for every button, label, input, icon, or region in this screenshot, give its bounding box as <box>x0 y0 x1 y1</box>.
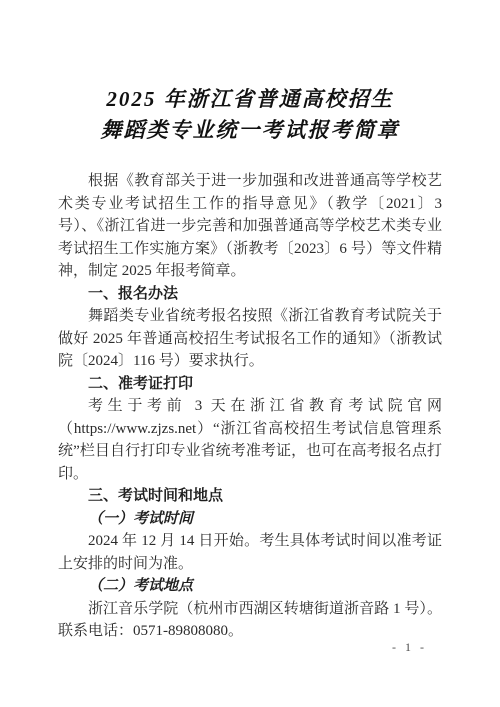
exam-place-paragraph: 浙江音乐学院（杭州市西湖区转塘街道浙音路 1 号）。联系电话：0571-8980… <box>58 598 442 643</box>
document-title-line-2: 舞蹈类专业统一考试报考简章 <box>0 115 500 146</box>
intro-paragraph: 根据《教育部关于进一步加强和改进普通高等学校艺术类专业考试招生工作的指导意见》（… <box>58 170 442 283</box>
section-heading-admission-ticket: 二、准考证打印 <box>58 373 442 396</box>
admission-ticket-paragraph: 考生于考前 3 天在浙江省教育考试院官网（https://www.zjzs.ne… <box>58 395 442 485</box>
section-heading-registration: 一、报名办法 <box>58 283 442 306</box>
subheading-exam-time: （一）考试时间 <box>58 508 442 531</box>
document-page: 2025 年浙江省普通高校招生 舞蹈类专业统一考试报考简章 根据《教育部关于进一… <box>0 0 500 707</box>
document-title: 2025 年浙江省普通高校招生 舞蹈类专业统一考试报考简章 <box>0 0 500 146</box>
subheading-exam-place: （二）考试地点 <box>58 575 442 598</box>
document-body: 根据《教育部关于进一步加强和改进普通高等学校艺术类专业考试招生工作的指导意见》（… <box>58 170 442 643</box>
section-heading-exam-time-place: 三、考试时间和地点 <box>58 485 442 508</box>
page-number: - 1 - <box>392 640 427 655</box>
document-title-line-1: 2025 年浙江省普通高校招生 <box>0 84 500 115</box>
registration-paragraph: 舞蹈类专业省统考报名按照《浙江省教育考试院关于做好 2025 年普通高校招生考试… <box>58 305 442 373</box>
exam-time-paragraph: 2024 年 12 月 14 日开始。考生具体考试时间以准考证上安排的时间为准。 <box>58 530 442 575</box>
